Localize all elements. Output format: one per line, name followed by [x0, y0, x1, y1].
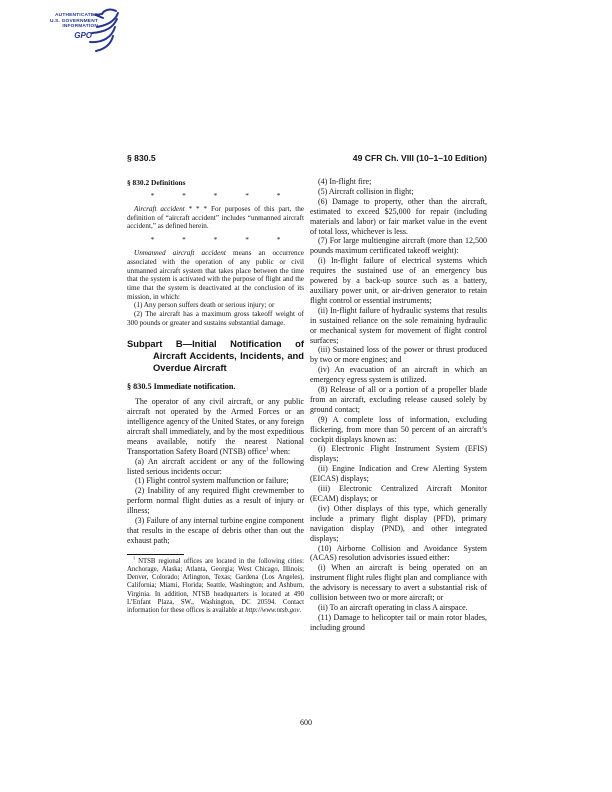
para-a-2: (2) Inability of any required flight cre… [127, 486, 304, 516]
para-a-9-ii: (ii) Engine Indication and Crew Alerting… [310, 464, 487, 484]
para-a-9-i: (i) Electronic Flight Instrument System … [310, 444, 487, 464]
page-number: 600 [0, 718, 612, 727]
footnote-block: 1 NTSB regional offices are located in t… [127, 558, 304, 615]
section-830-5-body-continued: (4) In-flight fire;(5) Aircraft collisio… [310, 177, 487, 633]
running-head-edition: 49 CFR Ch. VIII (10–1–10 Edition) [353, 153, 487, 163]
para-a-6: (6) Damage to property, other than the a… [310, 197, 487, 237]
para-a-7-iii: (iii) Sustained loss of the power or thr… [310, 345, 487, 365]
section-830-5-heading: § 830.5 Immediate notification. [127, 382, 304, 392]
gpo-authentication-logo: AUTHENTICATED U.S. GOVERNMENT INFORMATIO… [38, 4, 122, 58]
para-a-7-ii: (ii) In-flight failure of hydraulic syst… [310, 306, 487, 346]
footnote-separator [127, 554, 184, 555]
definition-item-1: (1) Any person suffers death or serious … [127, 301, 304, 310]
section-830-5-body: The operator of any civil aircraft, or a… [127, 397, 304, 546]
para-a-9-iii: (iii) Electronic Centralized Aircraft Mo… [310, 484, 487, 504]
section-830-2-excerpt: § 830.2 Definitions* * * * *Aircraft acc… [127, 178, 304, 327]
para-a-8: (8) Release of all or a portion of a pro… [310, 385, 487, 415]
section-830-2-heading: § 830.2 Definitions [127, 178, 304, 187]
running-head-section: § 830.5 [127, 153, 156, 163]
definition-aircraft-accident: Aircraft accident * * * For purposes of … [127, 205, 304, 231]
para-a-5: (5) Aircraft collision in flight; [310, 187, 487, 197]
para-a-10: (10) Airborne Collision and Avoidance Sy… [310, 544, 487, 564]
para-a-1: (1) Flight control system malfunction or… [127, 476, 304, 486]
para-a-7-iv: (iv) An evacuation of an aircraft in whi… [310, 365, 487, 385]
para-a-9: (9) A complete loss of information, excl… [310, 415, 487, 445]
footnote-1: 1 NTSB regional offices are located in t… [127, 558, 304, 615]
para-intro: The operator of any civil aircraft, or a… [127, 397, 304, 456]
para-a-4: (4) In-flight fire; [310, 177, 487, 187]
para-a-10-i: (i) When an aircraft is being operated o… [310, 563, 487, 603]
para-a: (a) An aircraft accident or any of the f… [127, 457, 304, 477]
para-a-7-i: (i) In-flight failure of electrical syst… [310, 256, 487, 306]
right-column: (4) In-flight fire;(5) Aircraft collisio… [310, 177, 487, 633]
para-a-3: (3) Failure of any internal turbine engi… [127, 516, 304, 546]
asterisk-row: * * * * * [127, 235, 304, 244]
left-column: § 830.2 Definitions* * * * *Aircraft acc… [127, 177, 304, 615]
para-a-9-iv: (iv) Other displays of this type, which … [310, 504, 487, 544]
para-a-10-ii: (ii) To an aircraft operating in class A… [310, 603, 487, 613]
gpo-eagle-icon [88, 6, 122, 56]
cfr-document-page: AUTHENTICATED U.S. GOVERNMENT INFORMATIO… [0, 0, 612, 792]
para-a-7: (7) For large multiengine aircraft (more… [310, 236, 487, 256]
asterisk-row: * * * * * [127, 191, 304, 200]
running-head: § 830.5 49 CFR Ch. VIII (10–1–10 Edition… [127, 153, 487, 163]
definition-unmanned-aircraft-accident: Unmanned aircraft accident means an occu… [127, 249, 304, 301]
para-a-11: (11) Damage to helicopter tail or main r… [310, 613, 487, 633]
subpart-b-heading: Subpart B—Initial Notification of Aircra… [127, 338, 304, 373]
definition-item-2: (2) The aircraft has a maximum gross tak… [127, 310, 304, 327]
